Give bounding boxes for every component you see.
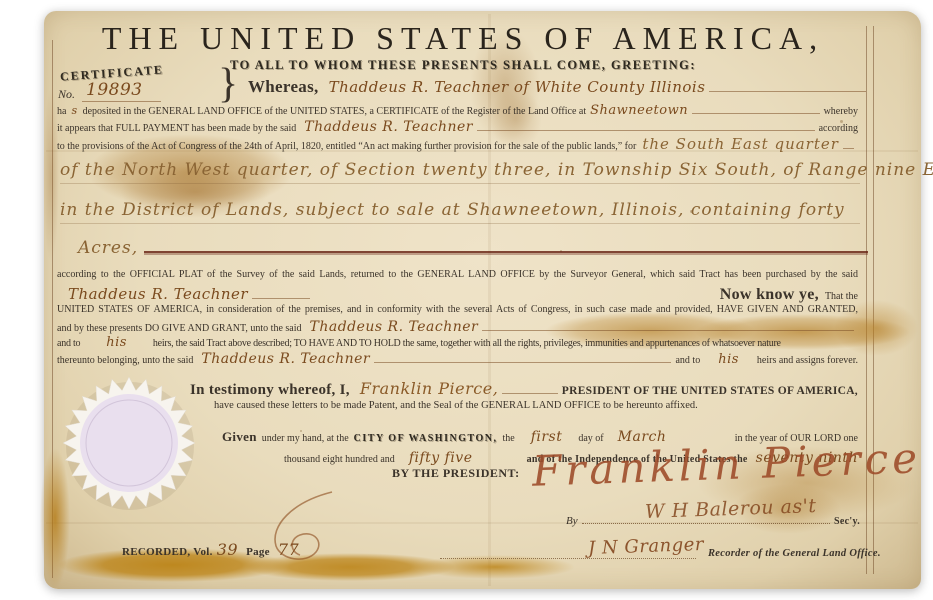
seal-center bbox=[80, 394, 178, 492]
given-city: CITY OF WASHINGTON, bbox=[354, 433, 498, 444]
land-description-line-1: of the North West quarter, of Section tw… bbox=[60, 160, 860, 184]
land-patent-document: THE UNITED STATES OF AMERICA, TO ALL TO … bbox=[0, 0, 933, 600]
plat-line: according to the OFFICIAL PLAT of the Su… bbox=[57, 269, 858, 280]
acres-rule bbox=[144, 243, 868, 253]
deposit-line: ha s deposited in the GENERAL LAND OFFIC… bbox=[57, 103, 858, 118]
habendum-pre: and to bbox=[57, 338, 80, 349]
habendum-end: heirs and assigns forever. bbox=[757, 355, 858, 366]
by-the-president-label: BY THE PRESIDENT: bbox=[392, 466, 520, 481]
certificate-brace: } bbox=[218, 60, 238, 108]
testimony-line-1: In testimony whereof, I, Franklin Pierce… bbox=[190, 379, 858, 399]
secretary-line: By Sec'y. bbox=[566, 515, 860, 527]
grant-line-2-text: and by these presents DO GIVE AND GRANT,… bbox=[57, 323, 302, 334]
whereas-line: Whereas, Thaddeus R. Teachner of White C… bbox=[248, 77, 870, 97]
habendum-cont: thereunto belonging, unto the said bbox=[57, 355, 193, 366]
secretary-by-label: By bbox=[566, 515, 578, 527]
recorded-label: RECORDED, Vol. bbox=[122, 546, 213, 558]
dotted-line bbox=[582, 516, 830, 524]
secretary-label: Sec'y. bbox=[834, 516, 860, 527]
know-ye-line: Thaddeus R. Teachner Now know ye, That t… bbox=[68, 285, 858, 304]
recorder-signature: J N Granger bbox=[588, 534, 705, 559]
act-text: to the provisions of the Act of Congress… bbox=[57, 141, 636, 152]
given-text-5: thousand eight hundred and bbox=[284, 454, 395, 465]
land-description-line-2: in the District of Lands, subject to sal… bbox=[60, 200, 860, 224]
border-left-rule bbox=[52, 40, 53, 578]
border-right-rule-inner bbox=[873, 26, 874, 574]
payment-end: according bbox=[819, 123, 858, 134]
embossed-seal bbox=[62, 376, 196, 510]
ruled-line bbox=[843, 141, 854, 150]
given-day-hw: first bbox=[531, 429, 563, 445]
habendum-his-1-hw: his bbox=[106, 335, 127, 350]
deposit-end: whereby bbox=[824, 106, 858, 117]
border-right-rule-outer bbox=[866, 26, 867, 574]
payment-line: it appears that FULL PAYMENT has been ma… bbox=[57, 119, 858, 135]
habendum-his-2-hw: his bbox=[718, 352, 739, 367]
ruled-line bbox=[374, 355, 671, 364]
certificate-no-label: No. bbox=[58, 87, 75, 102]
given-text-2: the bbox=[502, 433, 514, 444]
ruled-line bbox=[709, 84, 866, 93]
act-tract-hw: the South East quarter bbox=[642, 135, 839, 153]
deposit-s-hw: s bbox=[71, 104, 77, 117]
testimony-president-hw: Franklin Pierce, bbox=[360, 379, 498, 398]
habendum-line-1: and to his heirs, the said Tract above d… bbox=[57, 335, 858, 350]
ruled-line bbox=[477, 123, 815, 132]
given-year-hw: fifty five bbox=[409, 450, 473, 466]
grant-name-hw: Thaddeus R. Teachner bbox=[310, 319, 479, 335]
whereas-lead: Whereas, bbox=[248, 77, 319, 97]
habendum-line-2: thereunto belonging, unto the said Thadd… bbox=[57, 351, 858, 367]
testimony-lead: In testimony whereof, I, bbox=[190, 382, 350, 399]
grantee-name-hw: Thaddeus R. Teachner of White County Ill… bbox=[329, 78, 706, 96]
ruled-line bbox=[252, 291, 310, 300]
given-lead: Given bbox=[222, 429, 257, 445]
grant-line-1: UNITED STATES OF AMERICA, in considerati… bbox=[57, 304, 858, 315]
deposit-text: deposited in the GENERAL LAND OFFICE of … bbox=[83, 106, 587, 117]
certificate-number: 19893 bbox=[82, 80, 161, 102]
document-title: THE UNITED STATES OF AMERICA, bbox=[57, 20, 869, 57]
given-text-1: under my hand, at the bbox=[262, 433, 349, 444]
salutation-line: TO ALL TO WHOM THESE PRESENTS SHALL COME… bbox=[57, 58, 869, 73]
testimony-line-2: have caused these letters to be made Pat… bbox=[214, 400, 698, 411]
payment-name-hw: Thaddeus R. Teachner bbox=[304, 119, 473, 135]
know-ye-end: That the bbox=[825, 291, 858, 302]
recorded-volume-hw: 39 bbox=[217, 540, 238, 559]
act-line: to the provisions of the Act of Congress… bbox=[57, 135, 858, 153]
pen-flourish bbox=[262, 488, 352, 568]
know-ye-name-hw: Thaddeus R. Teachner bbox=[68, 285, 248, 303]
given-text-3: day of bbox=[578, 433, 603, 444]
ruled-line bbox=[482, 323, 854, 332]
grant-line-2: and by these presents DO GIVE AND GRANT,… bbox=[57, 319, 858, 335]
land-office-hw: Shawneetown bbox=[590, 103, 688, 118]
ruled-line bbox=[692, 106, 819, 115]
know-ye-bold: Now know ye, bbox=[720, 286, 819, 304]
testimony-title: PRESIDENT OF THE UNITED STATES OF AMERIC… bbox=[562, 385, 858, 397]
acres-hw: Acres, bbox=[78, 238, 138, 258]
deposit-pre: ha bbox=[57, 106, 66, 117]
habendum-and-to: and to bbox=[675, 355, 700, 366]
habendum-name-hw: Thaddeus R. Teachner bbox=[201, 351, 370, 367]
recorder-label: Recorder of the General Land Office. bbox=[708, 548, 881, 559]
land-description-line-3: Acres, bbox=[78, 238, 868, 258]
ruled-line bbox=[502, 386, 557, 395]
payment-text: it appears that FULL PAYMENT has been ma… bbox=[57, 123, 296, 134]
habendum-mid: heirs, the said Tract above described; T… bbox=[153, 338, 781, 349]
